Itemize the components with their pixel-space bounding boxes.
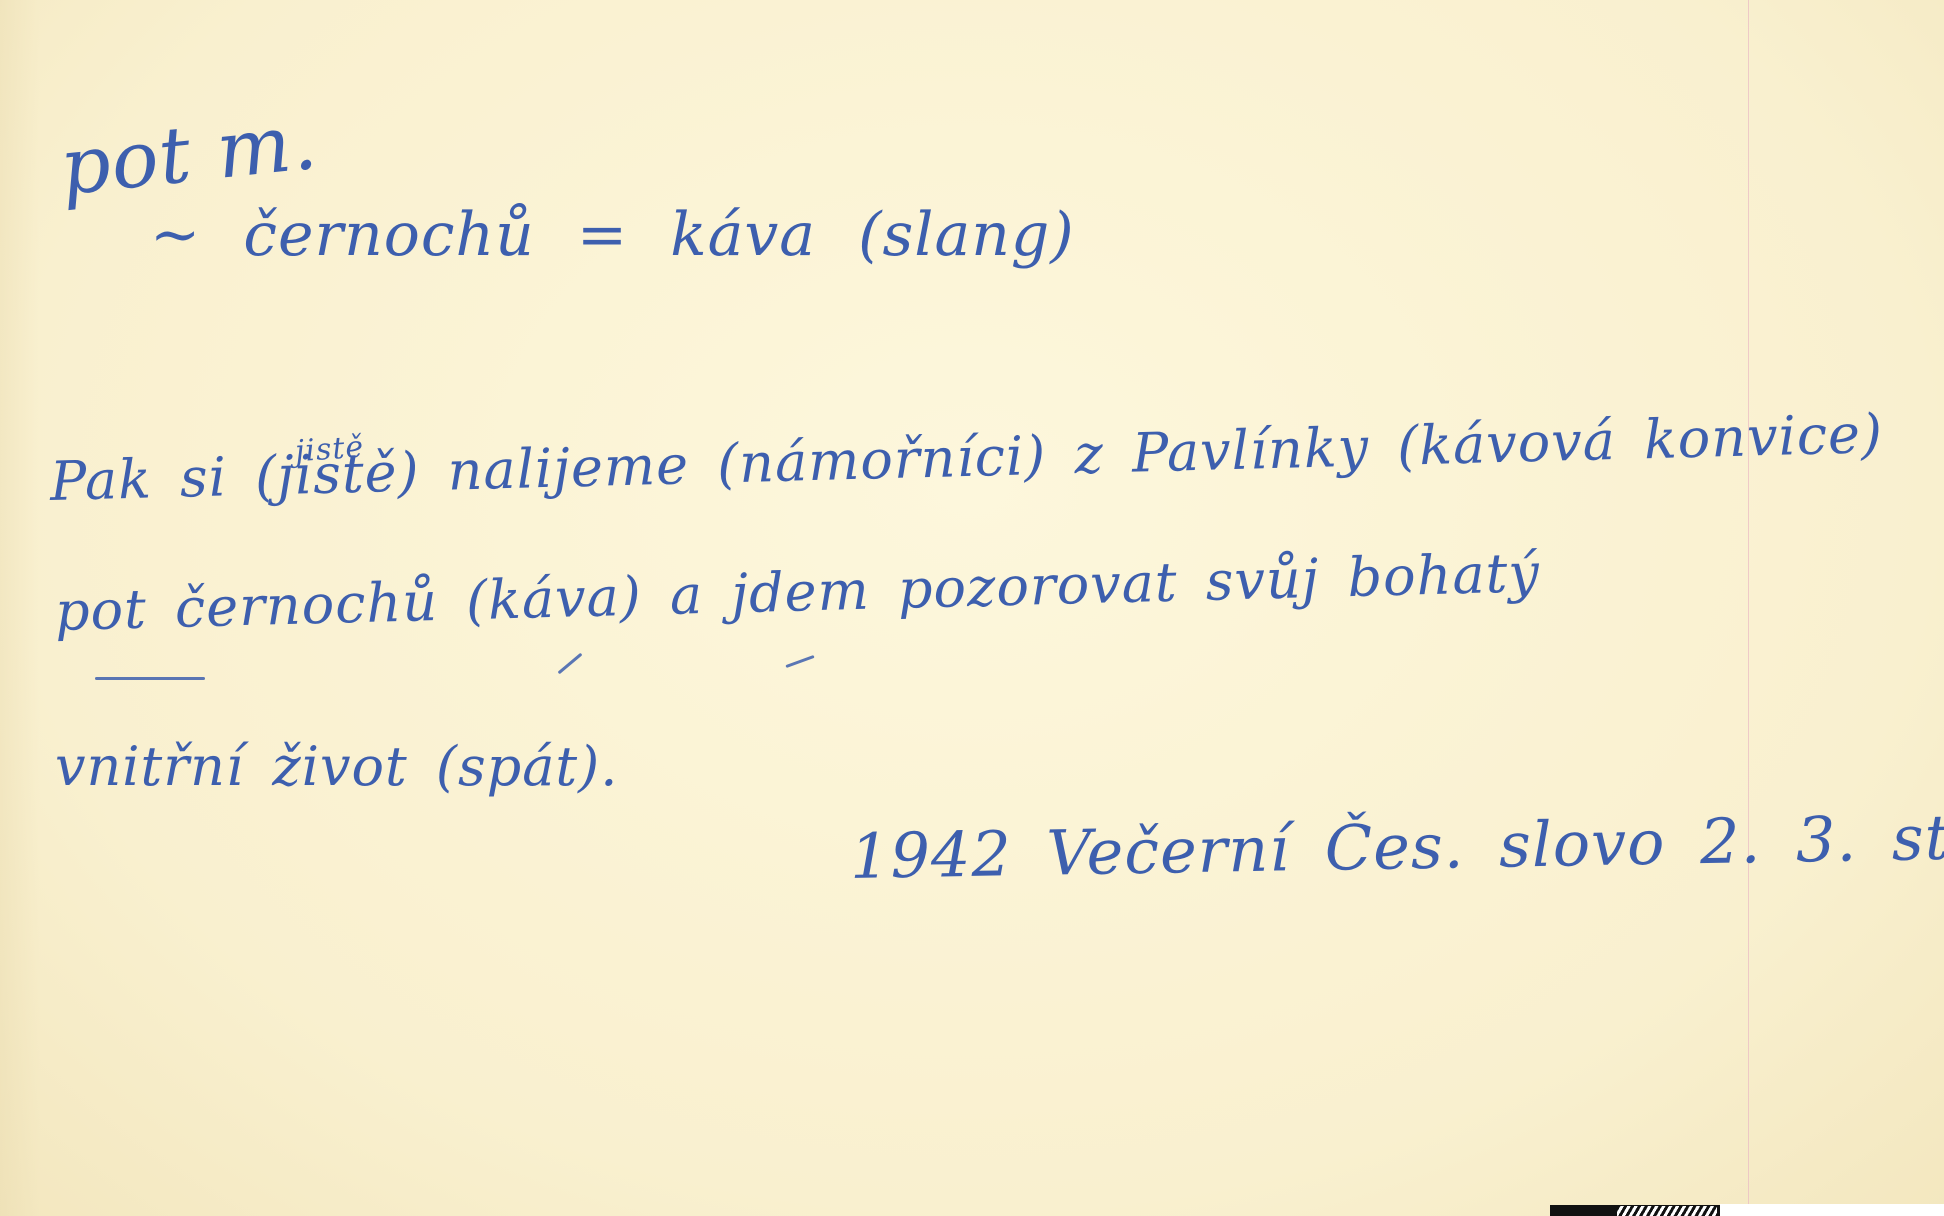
- underline-mark: [558, 653, 583, 675]
- scan-edge-hatch: [1617, 1206, 1717, 1216]
- example-line-2: pot černochů (káva) a jdem pozorovat svů…: [54, 541, 1540, 643]
- headword: pot m.: [56, 97, 322, 213]
- example-line-1: Pak si (jistě) nalijeme (námořníci) z Pa…: [49, 402, 1884, 513]
- index-card: pot m. ~ černochů = káva (slang) jistě P…: [0, 0, 1944, 1216]
- margin-line: [1748, 0, 1749, 1216]
- underline-mark: [785, 655, 814, 668]
- underline-mark: [95, 677, 205, 680]
- example-line-3: vnitřní život (spát).: [55, 735, 618, 798]
- subentry-definition: ~ černochů = káva (slang): [150, 200, 1075, 270]
- source-citation: 1942 Večerní Čes. slovo 2. 3. str. 3.: [849, 798, 1944, 893]
- scan-edge: [1720, 1204, 1944, 1216]
